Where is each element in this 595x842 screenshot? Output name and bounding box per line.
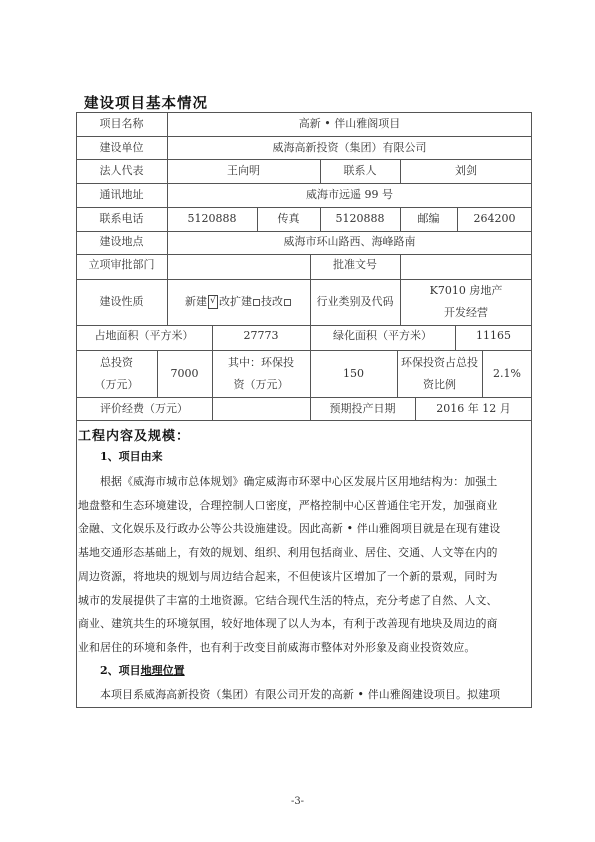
fax-label: 传真 <box>257 207 320 231</box>
phone-label: 联系电话 <box>76 207 167 231</box>
nature-option-new: 新建 <box>185 291 207 313</box>
contact-person-value: 刘剑 <box>400 159 532 183</box>
env-ratio-label-line2: 资比例 <box>423 374 456 396</box>
construction-unit-label: 建设单位 <box>76 136 167 159</box>
paragraph-line: 地盘整和生态环境建设，合理控制人口密度，严格控制中心区普通住宅开发，加强商业 <box>78 497 498 513</box>
paragraph-line: 基地交通形态基础上，有效的规划、组织、利用包括商业、居住、交通、人文等在内的 <box>78 544 498 560</box>
subheading-location: 2、项目地理位置 <box>100 662 185 678</box>
page-number: -3- <box>0 796 595 807</box>
nature-option-tech: 技改 <box>261 291 283 313</box>
site-label: 建设地点 <box>76 231 167 254</box>
subheading-location-underlined: 地理位置 <box>141 664 185 677</box>
eval-fee-label: 评价经费（万元） <box>76 397 212 420</box>
project-name-value: 高新 • 伴山雅阁项目 <box>167 112 532 136</box>
env-invest-label-line1: 其中：环保投 <box>228 352 294 374</box>
approval-dept-label: 立项审批部门 <box>76 254 167 279</box>
eval-fee-value <box>212 397 310 420</box>
paragraph-line: 周边资源，将地块的规划与周边结合起来，不但使该片区增加了一个新的景观，同时为 <box>78 568 498 584</box>
paragraph-line: 本项目系威海高新投资（集团）有限公司开发的高新 • 伴山雅阁建设项目。拟建项 <box>100 686 500 702</box>
section-title: 建设项目基本情况 <box>84 92 208 113</box>
contact-person-label: 联系人 <box>320 159 400 183</box>
nature-options: 新建 √ 改扩建 技改 <box>167 279 310 325</box>
paragraph-line: 业和居住的环境和条件，也有利于改变目前威海市整体对外形象及商业投资效应。 <box>78 639 475 655</box>
industry-code: K7010 房地产 <box>430 280 503 302</box>
start-date-value: 2016 年 12 月 <box>415 397 532 420</box>
postcode-value: 264200 <box>457 207 532 231</box>
project-name-label: 项目名称 <box>76 112 167 136</box>
env-ratio-label: 环保投资占总投 资比例 <box>397 350 482 397</box>
env-invest-value: 150 <box>310 350 397 397</box>
total-invest-label-line2: （万元） <box>95 374 139 396</box>
industry-label: 行业类别及代码 <box>310 279 400 325</box>
env-ratio-value: 2.1% <box>482 350 532 397</box>
content-title: 工程内容及规模： <box>78 425 190 444</box>
paragraph-line: 商业、建筑共生的环境氛围，较好地体现了以人为本，有利于改善现有地块及周边的商 <box>78 615 498 631</box>
approval-no-value <box>400 254 532 279</box>
legal-rep-label: 法人代表 <box>76 159 167 183</box>
subheading-location-prefix: 2、项目 <box>100 664 141 677</box>
nature-option-expand: 改扩建 <box>219 291 252 313</box>
paragraph-line: 城市的发展提供了丰富的土地资源。它结合现代生活的特点，充分考虑了自然、人文、 <box>78 592 498 608</box>
env-invest-label-line2: 资（万元） <box>234 374 289 396</box>
paragraph-line: 根据《威海市城市总体规划》确定威海市环翠中心区发展片区用地结构为：加强土 <box>100 473 497 489</box>
total-invest-value: 7000 <box>157 350 212 397</box>
address-value: 威海市远遥 99 号 <box>167 183 532 207</box>
land-area-label: 占地面积（平方米） <box>76 325 212 350</box>
address-label: 通讯地址 <box>76 183 167 207</box>
legal-rep-value: 王向明 <box>167 159 320 183</box>
checkbox-expand[interactable] <box>253 299 260 306</box>
nature-label: 建设性质 <box>76 279 167 325</box>
industry-desc: 开发经营 <box>444 302 488 324</box>
env-invest-label: 其中：环保投 资（万元） <box>212 350 310 397</box>
env-ratio-label-line1: 环保投资占总投 <box>401 352 478 374</box>
phone-value: 5120888 <box>167 207 257 231</box>
site-value: 威海市环山路西、海峰路南 <box>167 231 532 254</box>
land-area-value: 27773 <box>212 325 310 350</box>
subheading-project-origin: 1、项目由来 <box>100 448 163 464</box>
start-date-label: 预期投产日期 <box>310 397 415 420</box>
industry-value: K7010 房地产 开发经营 <box>400 279 532 325</box>
fax-value: 5120888 <box>320 207 400 231</box>
total-invest-label: 总投资 （万元） <box>76 350 157 397</box>
green-area-value: 11165 <box>455 325 532 350</box>
total-invest-label-line1: 总投资 <box>100 352 133 374</box>
paragraph-line: 金融、文化娱乐及行政办公等公共设施建设。因此高新 • 伴山雅阁项目就是在现有建设 <box>78 520 500 536</box>
checkbox-new-checked[interactable]: √ <box>208 295 218 309</box>
approval-no-label: 批准文号 <box>310 254 400 279</box>
green-area-label: 绿化面积（平方米） <box>310 325 455 350</box>
construction-unit-value: 威海高新投资（集团）有限公司 <box>167 136 532 159</box>
postcode-label: 邮编 <box>400 207 457 231</box>
approval-dept-value <box>167 254 310 279</box>
checkbox-tech[interactable] <box>284 299 291 306</box>
row-divider <box>76 420 532 421</box>
